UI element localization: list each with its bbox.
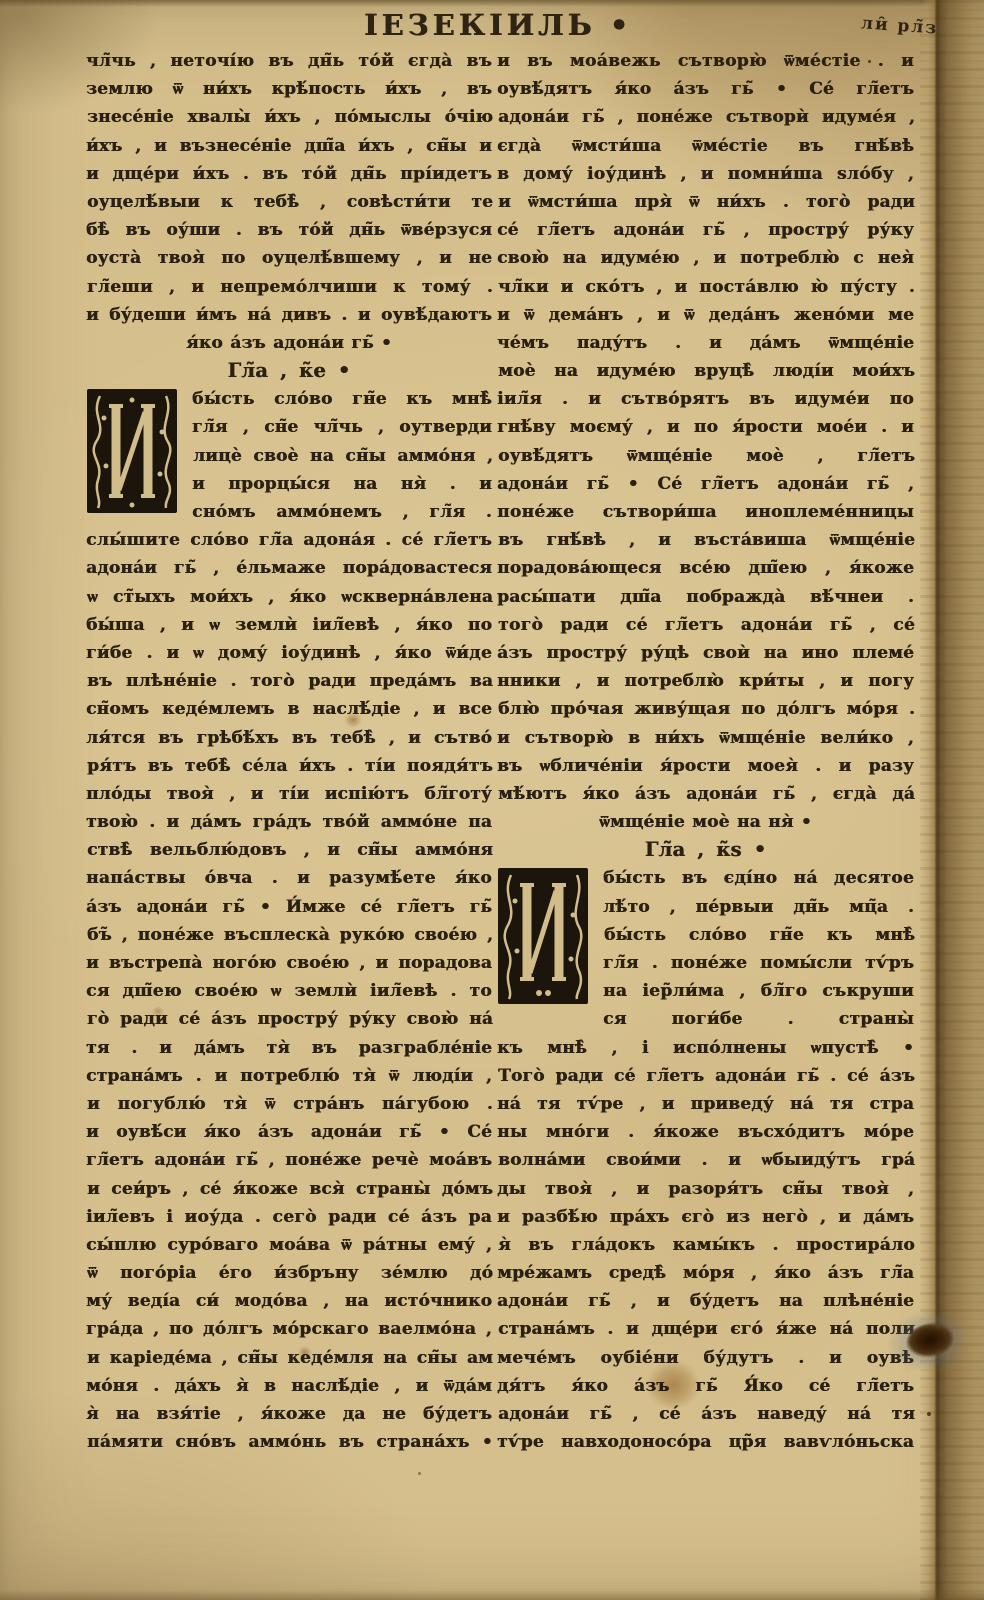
text-line: въ ѡбличе́ніи я́рости моея̀ . и разу	[497, 752, 914, 780]
text-line: къ мнѣ̀ , і испо́лнены ѡпустѣ̀ •	[497, 1034, 914, 1062]
text-line: ля́тся въ грѣбѣ́хъ въ тебѣ̀ , и сътво́	[86, 724, 492, 752]
text-line: и ѿ дема́нъ , и ѿ деда́нъ жено́ми ме	[497, 301, 914, 329]
text-line: на іер̃ли́ма , бл̃го съкруши	[603, 977, 914, 1005]
text-line: бъ̃ , поне́же въсплеска̀ руко́ю свое́ю ,	[87, 921, 493, 949]
text-line: ря́тъ въ тебѣ̀ се́ла и́хъ . ті́и поядя́т…	[87, 752, 493, 780]
text-line: въ гнѣ́вѣ , и въста́виша ѿмще́ніе	[498, 526, 915, 554]
section-closing-line: я́ко а́зъ адона́и гь̃ •	[86, 329, 492, 357]
text-line: волна́ми свои́ми . и ѡбыиду́тъ гра́	[498, 1146, 915, 1174]
text-line: знесе́ніе хвалы̀ и́хъ , по́мыслы о́чію	[87, 103, 493, 131]
text-line: ны мно́ги . я́коже въсхо́дитъ мо́ре	[497, 1118, 914, 1146]
text-line: тѵ́ре навходоносо́ра цр̃я вавѵло́ньска	[497, 1428, 914, 1456]
text-line: чл̃ки и ско́тъ , и поста́влю ю̀ пу́сту .	[498, 273, 915, 301]
text-line: ся дш̃ею свое́ю ѡ землѝ іил̃евѣ . то	[86, 977, 492, 1005]
chapter-25-heading: Гл̃а , к̃е •	[86, 357, 492, 385]
text-line: и ѿмсти́ша пря̀ ѿ ни́хъ . того̀ ради	[498, 188, 915, 216]
paper-speck	[418, 1472, 421, 1475]
text-line: му́ веді́а си́ модо́ва , на исто́чнико	[86, 1287, 492, 1315]
text-line: лѣ́то , пе́рвыи дн̃ь мц̃а .	[603, 893, 914, 921]
text-line: ствѣ̀ вельблю́довъ , и сн̃ы аммо́ня	[87, 836, 493, 864]
text-line: мѣ́ютъ я́ко а́зъ адона́и гь̃ , єгда̀ да́	[498, 780, 915, 808]
text-line: и́хъ , и възнесе́ніе дш̃а и́хъ , сн̃ы и	[86, 132, 492, 160]
chapter-26-heading: Гл̃а , к̃ѕ •	[497, 836, 914, 864]
text-line: а́зъ адона́и гь̃ • И́мже се́ гл̃етъ гь̃	[86, 893, 492, 921]
text-line: адона́и гь̃ , е́льмаже пора́довастеся	[86, 554, 492, 582]
chapter-25-opening: бы́сть сло́во гн̃е къ мнѣ̀гл̃я , сн̃е чл…	[86, 385, 492, 526]
text-line: и каріеде́ма , сн̃ы кеде́мля на сн̃ы ам	[87, 1344, 493, 1372]
text-line: ѡ ст̃ыхъ мои́хъ , я́ко ѡскверна́влена	[87, 583, 493, 611]
chapter-26-body-lines: ся поги́бе . страны̀ ѡбрати́шасякъ мнѣ̀ …	[497, 1005, 914, 1456]
ink-blot	[894, 1318, 960, 1364]
chapter-25-body-lines: слы́шите сло́во гл̃а адона́я . се́ гл̃ет…	[86, 526, 492, 1456]
text-line: оувѣ́дятъ ѿмще́ніе моѐ , гл̃етъ	[498, 442, 915, 470]
text-line: бы́сть сло́во гн̃е къ мнѣ̀	[604, 921, 915, 949]
text-line: землю ѿ ни́хъ крѣ́пость и́хъ , въ	[86, 75, 492, 103]
text-line: и въ моа́вежь сътворю̀ ѿме́стіе . и	[497, 47, 914, 75]
text-line: оуста̀ твоя̀ по оуцелѣ́вшему , и не	[86, 244, 492, 272]
text-line: адона́и гь̃ , и бу́детъ на плѣне́ніе	[497, 1287, 914, 1315]
text-line: сы́плю суро́ваго моа́ва ѿ ра́тны ему́ ,	[86, 1231, 492, 1259]
text-line: мо́ня . да́хъ я̀ в наслѣ́діе , и ѿда́м	[86, 1372, 492, 1400]
text-line: сно́мъ аммо́немъ , гл̃я .	[192, 498, 492, 526]
book-page-scan: ІЕЗЕКІИЛЬ • ли̑ рл̃з чл̃чь , неточі́ю въ…	[0, 0, 984, 1600]
text-line: пло́ды твоя̀ , и ті́и испію́тъ бл̃готу́	[86, 780, 492, 808]
text-line: и сътворю̀ в ни́хъ ѿмще́ніе вели́ко ,	[497, 724, 914, 752]
page-top-edge	[0, 0, 984, 7]
text-line: гнѣ́ву моєму́ , и по я́рости мое́и . и	[497, 413, 914, 441]
text-line: го̀ ради се́ а́зъ простру́ ру́ку свою̀ н…	[87, 1005, 493, 1033]
text-line: нники , и потреблю̀ кри́ты , и погу	[497, 667, 914, 695]
text-line: слы́шите сло́во гл̃а адона́я . се́ гл̃ет…	[86, 526, 492, 554]
text-line: єгда̀ ѿмсти́ша ѿме́стіе въ гнѣ́вѣ	[497, 132, 914, 160]
text-line: ги́бе . и ѡ дому́ іоу́динѣ , я́ко ѿи́де	[86, 639, 492, 667]
left-column: чл̃чь , неточі́ю въ дн̃ь то́й єгда̀ възе…	[86, 47, 492, 1456]
text-line: в дому́ іоу́динѣ , и помни́ша ѕло́бу ,	[497, 160, 914, 188]
text-line: на́ тя тѵ́ре , и приведу́ на́ тя стра	[497, 1090, 914, 1118]
text-line: гл̃еши , и непремо́лчиши к тому́ .	[87, 273, 493, 301]
chapter-26-opening: бы́сть въ єді́но на́ десятоелѣ́то , пе́р…	[497, 864, 914, 1005]
running-header: ІЕЗЕКІИЛЬ •	[6, 8, 984, 42]
text-line: моѐ на идуме́ю вруцѣ̀ люді́и мои́хъ	[498, 357, 915, 385]
page-bottom-edge	[0, 1590, 984, 1600]
text-line: мре́жамъ средѣ̀ мо́ря , я́ко а́зъ гл̃а	[497, 1259, 914, 1287]
text-line: адона́и гь̃ • Се́ гл̃етъ адона́и гь̃ ,	[497, 470, 914, 498]
text-line: іил̃я . и сътво́рятъ въ идуме́и по	[497, 385, 914, 413]
right-column: и въ моа́вежь сътворю̀ ѿме́стіе . иоувѣ́…	[497, 47, 914, 1456]
text-line: бы́сть сло́во гн̃е къ мнѣ̀	[192, 385, 492, 413]
text-line: па́мяти сно́въ аммо́нь въ страна́хъ •	[87, 1428, 493, 1456]
ornate-initial-icon	[86, 388, 178, 514]
text-line: и бу́деши и́мъ на́ дивъ . и оувѣ́даютъ	[86, 301, 492, 329]
text-line: адона́и гь̃ , поне́же сътворѝ идуме́я ,	[498, 103, 915, 131]
text-line: Того̀ ради се́ гл̃етъ адона́и гь̃ . се́ …	[498, 1062, 915, 1090]
text-line: я̀ въ гла́докъ камы́къ . простира́ло	[498, 1231, 915, 1259]
text-line: че́мъ паду́тъ . и да́мъ ѿмще́ніе	[497, 329, 914, 357]
ornate-initial-icon	[497, 867, 589, 1005]
text-line: бѣ̀ въ оу́ши . въ то́й дн̃ь ѿве́рзуся	[86, 216, 492, 244]
text-line: дя́тъ я́ко а́зъ гь̃ Я́ко се́ гл̃етъ	[497, 1372, 914, 1400]
text-line: сн̃омъ кеде́млемъ в наслѣ́діе , и все	[86, 695, 492, 723]
text-line: бы́ша , и ѡ землѝ іил̃евѣ , я́ко по	[86, 611, 492, 639]
text-line: іил̃евъ і иоу́да . сего̀ ради се́ а́зъ р…	[86, 1203, 492, 1231]
paper-speck	[927, 1412, 931, 1416]
text-line: и въстрепа̀ ного́ю свое́ю , и порадова	[86, 949, 492, 977]
text-line: и оувѣ́си я́ко а́зъ адона́и гь̃ • Се́	[86, 1118, 492, 1146]
text-line: гл̃я . поне́же помы́сли тѵ́ръ	[603, 949, 914, 977]
section-closing-line: ѿмще́ніе моѐ на ня̀ •	[497, 808, 914, 836]
text-line: а́зъ простру́ ру́цѣ своѝ на ино племе́	[497, 639, 914, 667]
text-line: гл̃я , сн̃е чл̃чь , оутверди	[192, 413, 492, 441]
text-line: твою̀ . и да́мъ гра́дъ тво́й аммо́не па	[86, 808, 492, 836]
text-line: напа́ствы о́вча . и разумѣ́ете я́ко	[86, 864, 492, 892]
text-line: ды твоя̀ , и разоря́тъ сн̃ы твоя̀ ,	[497, 1175, 914, 1203]
text-line: и дще́ри и́хъ . въ то́й дн̃ь прі́идетъ	[86, 160, 492, 188]
text-line: и разбѣ́ю пра́хъ єго̀ из него̀ , и да́мъ	[497, 1203, 914, 1231]
text-line: ся поги́бе . страны̀ ѡбрати́шася	[603, 1005, 914, 1033]
text-line: се́ гл̃етъ адона́и гь̃ , простру́ ру́ку	[497, 216, 914, 244]
text-line: въ плѣне́ніе . того̀ ради преда́мъ ва	[87, 667, 493, 695]
text-line: лицѐ своѐ на сн̃ы аммо́ня ,	[193, 442, 493, 470]
text-line: тя . и да́мъ тя̀ въ разграбле́ніе	[86, 1034, 492, 1062]
paper-speck	[868, 60, 871, 63]
text-line: чл̃чь , неточі́ю въ дн̃ь то́й єгда̀ въ	[86, 47, 492, 75]
text-line: того̀ ради се́ гл̃етъ адона́и гь̃ , се́	[498, 611, 915, 639]
text-line: расы́пати дш̃а пображда̀ вѣ́чнеи .	[497, 583, 914, 611]
text-line: мече́мъ оубіе́ни бу́дутъ . и оувѣ	[497, 1344, 914, 1372]
text-line: адона́и гь̃ , се́ а́зъ наведу́ на́ тя	[498, 1400, 915, 1428]
text-line: оуцелѣ́выи к тебѣ̀ , совѣсти́ти те	[87, 188, 493, 216]
chapter-24-end-lines: чл̃чь , неточі́ю въ дн̃ь то́й єгда̀ възе…	[86, 47, 492, 329]
text-line: поне́же сътвори́ша иноплеме́нницы	[497, 498, 914, 526]
text-line: гл̃етъ адона́и гь̃ , поне́же речѐ моа́въ	[86, 1146, 492, 1174]
text-line: и погублю́ тя̀ ѿ стра́нъ па́губою .	[87, 1090, 493, 1118]
text-line: ѿ пого́ріа е́го и́збръну зе́млю до́	[87, 1259, 493, 1287]
text-line: порадова́ющеся все́ю дш̃ею , я́коже	[497, 554, 914, 582]
text-line: бы́сть въ єді́но на́ десятое	[603, 864, 914, 892]
text-line: гра́да , по до́лгъ мо́рскаго ваелмо́на ,	[86, 1315, 492, 1343]
text-line: блю̀ про́чая живу́щая по до́лгъ мо́ря .	[498, 695, 915, 723]
text-line: страна́мъ . и потреблю́ тя̀ ѿ люді́и ,	[86, 1062, 492, 1090]
text-line: я̀ на взя́тіе , я́коже да не бу́детъ	[86, 1400, 492, 1428]
text-line: и прорцы́ся на ня̀ . и рече́ши	[192, 470, 492, 498]
chapter-25-continued-lines: и въ моа́вежь сътворю̀ ѿме́стіе . иоувѣ́…	[497, 47, 914, 808]
text-line: и сеи́ръ , се́ я́коже вся̀ страны̀ до́мъ	[87, 1175, 493, 1203]
text-line: страна́мъ . и дще́ри єго́ я́же на́ поли	[498, 1315, 915, 1343]
text-line: оувѣ́дятъ я́ко а́зъ гь̃ • Се́ гл̃етъ	[497, 75, 914, 103]
text-line: свою̀ на идуме́ю , и потреблю̀ с нея̀	[497, 244, 914, 272]
